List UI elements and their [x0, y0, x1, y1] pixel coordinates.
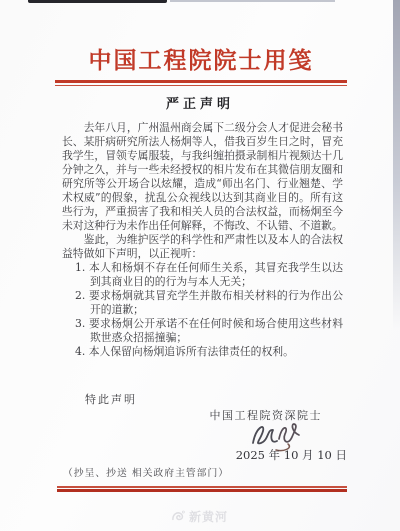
header-rule-thin [55, 85, 347, 86]
statement-item-4: 4. 本人保留向杨炯追诉所有法律责任的权利。 [75, 345, 343, 359]
watermark-label: 新黄河 [189, 508, 228, 525]
photo-top-edge-light [170, 0, 335, 2]
news-logo-icon [171, 509, 186, 524]
footer-rule [57, 486, 347, 492]
header-rule-thick [55, 80, 347, 83]
statement-paragraph-1: 去年八月，广州温州商会属下二级分会人才促进会秘书长、某肝病研究所法人杨炯等人，借… [62, 121, 343, 233]
statement-items: 1. 本人和杨炯不存在任何师生关系，其冒充我学生以达到其商业目的的行为与本人无关… [75, 261, 343, 359]
closing-line: 特此声明 [85, 391, 137, 407]
statement-body: 去年八月，广州温州商会属下二级分会人才促进会秘书长、某肝病研究所法人杨炯等人，借… [62, 121, 343, 359]
letter-photo: 中国工程院院士用笺 严正声明 去年八月，广州温州商会属下二级分会人才促进会秘书长… [0, 0, 400, 531]
photo-right-edge [393, 0, 400, 330]
date-line: 2025 年 10 月 10 日 [0, 447, 347, 463]
statement-item-2: 2. 要求杨炯就其冒充学生并散布相关材料的行为作出公开的道歉； [75, 289, 343, 317]
statement-item-1: 1. 本人和杨炯不存在任何师生关系，其冒充我学生以达到其商业目的的行为与本人无关… [75, 261, 343, 289]
statement-item-3: 3. 要求杨炯公开承诺不在任何时候和场合使用这些材料欺世惑众招摇撞骗； [75, 317, 343, 345]
watermark: 新黄河 [171, 508, 228, 525]
statement-title: 严正声明 [0, 93, 400, 112]
statement-paragraph-2: 鉴此，为维护医学的科学性和严肃性以及本人的合法权益特做如下声明，以正视听： [62, 233, 343, 261]
footer-rule-thin [57, 486, 347, 488]
letterhead: 中国工程院院士用笺 [55, 42, 347, 86]
letterhead-title: 中国工程院院士用笺 [55, 42, 347, 75]
photo-top-edge-dark [28, 0, 167, 3]
cc-note: （抄呈、抄送 相关政府主管部门） [63, 465, 229, 479]
footer-rule-thick [57, 489, 347, 492]
